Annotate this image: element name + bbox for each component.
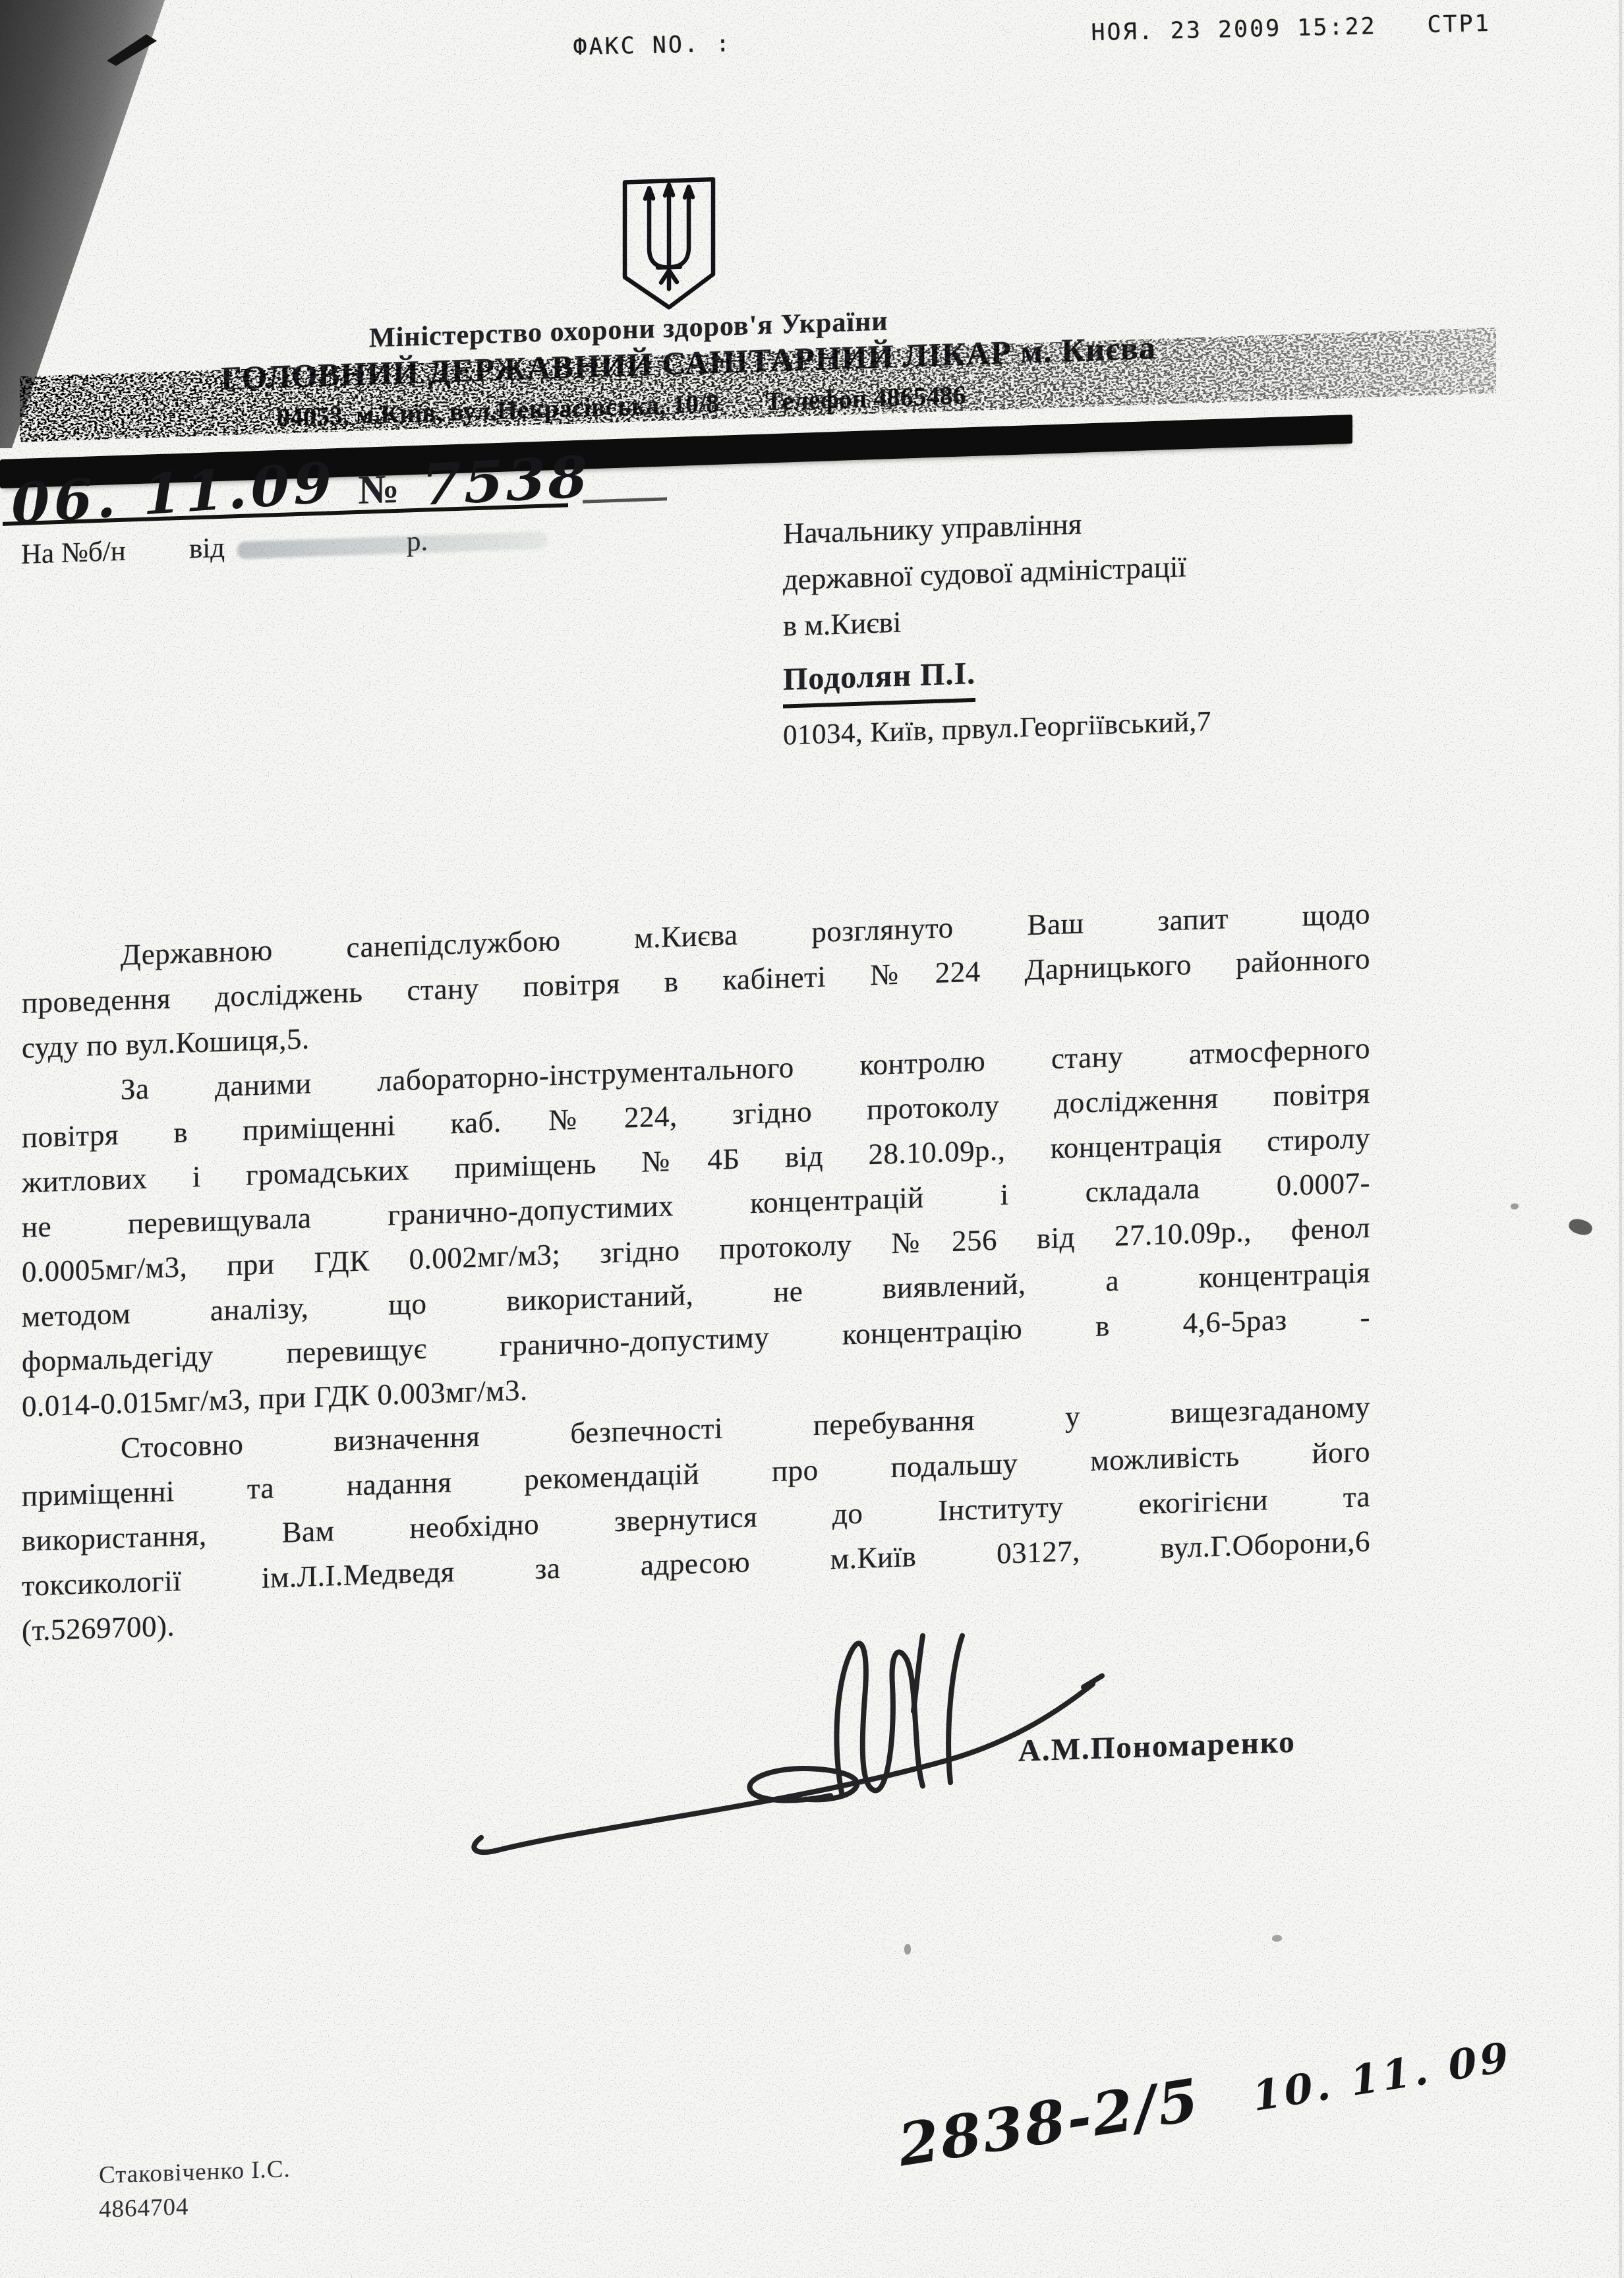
recipient-block: Начальнику управління державної судової … (783, 490, 1389, 753)
reply-to-label: На №б/н (21, 535, 126, 571)
scanned-fax-letter: ФАКС NO. : НОЯ. 23 2009 15:22 СТР1 Мініс… (0, 0, 1624, 2278)
recipient-name: Подолян П.І. (783, 651, 975, 709)
handwritten-filing-date: 10. 11. 09 (1250, 2033, 1514, 2120)
executor-block: Стаковіченко І.С. 4864704 (99, 2152, 291, 2227)
executor-phone: 4864704 (99, 2186, 291, 2227)
handwritten-filing-note: 2838-2/5 10. 11. 09 (894, 2016, 1515, 2180)
fax-page-label: СТР1 (1427, 11, 1491, 38)
letter-body: Державною санепідслужбою м.Києва розглян… (22, 891, 1370, 1653)
scan-speck (904, 1944, 911, 1954)
reference-underline-dash (583, 497, 667, 503)
handwritten-case-number: 2838-2/5 (894, 2065, 1203, 2180)
recipient-address: 01034, Київ, првул.Георгіївський,7 (783, 699, 1389, 753)
scan-speck (1567, 1217, 1594, 1237)
executor-name: Стаковіченко І.С. (99, 2152, 291, 2193)
scan-speck (1511, 1204, 1519, 1210)
scan-content-layer: Міністерство охорони здоров'я України ГО… (0, 0, 1624, 2278)
from-label: від (189, 532, 225, 566)
fax-number-label: ФАКС NO. : (573, 31, 732, 61)
scan-speck (1272, 1935, 1282, 1941)
trident-emblem-icon (620, 175, 718, 314)
